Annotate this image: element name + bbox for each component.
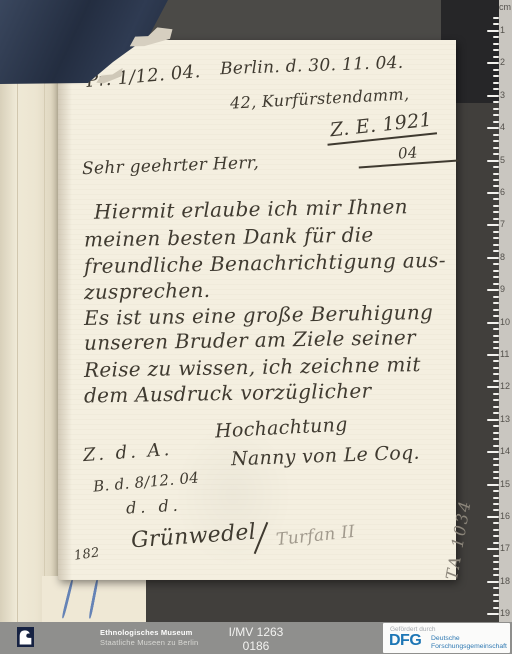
ruler-tick: [487, 289, 499, 291]
blue-pencil-mark: [88, 579, 99, 619]
file-note-initials: d. d.: [126, 496, 183, 518]
ruler-tick: [493, 101, 499, 103]
ruler-tick: [493, 166, 499, 168]
ruler-tick: [493, 173, 499, 175]
ruler-tick: [493, 529, 499, 531]
ruler-tick: [487, 322, 499, 324]
ruler-tick: [487, 30, 499, 32]
blue-pencil-mark: [61, 579, 74, 619]
body-line: zusprechen.: [84, 278, 211, 304]
ruler-tick: [493, 412, 499, 414]
date-line: Berlin. d. 30. 11. 04.: [220, 53, 404, 79]
dfg-logo: DFG: [389, 632, 421, 650]
ruler-tick: [487, 224, 499, 226]
ruler-tick: [493, 270, 499, 272]
ruler-tick: [493, 276, 499, 278]
ruler-tick: [493, 490, 499, 492]
letter-page: Pr. 1/12. 04. Berlin. d. 30. 11. 04. 42,…: [58, 40, 456, 580]
ruler-tick: [493, 121, 499, 123]
ruler-tick: [493, 607, 499, 609]
ruler-tick: [493, 283, 499, 285]
ruler-tick: [493, 250, 499, 252]
ruler-tick: [493, 380, 499, 382]
ruler-tick: [493, 114, 499, 116]
ruler-number: 5: [500, 154, 511, 166]
ruler-tick: [487, 354, 499, 356]
ruler-number: 9: [500, 283, 511, 295]
ruler-tick: [493, 406, 499, 408]
ruler-tick: [493, 335, 499, 337]
body-line: Reise zu wissen, ich zeichne mit: [84, 352, 421, 382]
ruler-tick: [487, 257, 499, 259]
ruler-tick: [493, 179, 499, 181]
ruler-tick: [493, 82, 499, 84]
ruler-tick: [493, 555, 499, 557]
ruler-tick: [493, 432, 499, 434]
ruler-tick: [493, 438, 499, 440]
ruler-tick: [493, 56, 499, 58]
ruler-tick: [493, 17, 499, 19]
gutter-shadow: [58, 40, 72, 580]
ruler-tick: [493, 88, 499, 90]
ruler-tick: [493, 445, 499, 447]
address-line: 42, Kurfürstendamm,: [230, 84, 410, 112]
registry-year: 04: [357, 141, 458, 169]
ruler-tick: [493, 315, 499, 317]
ruler-number: 2: [500, 56, 511, 68]
ruler-tick: [487, 451, 499, 453]
ruler-number: 10: [500, 316, 511, 328]
ruler-tick: [493, 309, 499, 311]
ruler-number: 12: [500, 380, 511, 392]
registry-number: Z. E. 1921: [325, 108, 437, 145]
ruler-number: 4: [500, 121, 511, 133]
ruler-tick: [493, 205, 499, 207]
ruler: cm 12345678910111213141516171819: [486, 0, 512, 622]
ruler-tick: [487, 516, 499, 518]
ruler-tick: [487, 62, 499, 64]
ruler-tick: [487, 192, 499, 194]
ruler-tick: [487, 95, 499, 97]
page-number: 182: [73, 545, 101, 563]
salutation: Sehr geehrter Herr,: [82, 153, 260, 179]
ruler-number: 13: [500, 413, 511, 425]
ruler-number: 6: [500, 186, 511, 198]
ruler-tick: [493, 458, 499, 460]
ruler-tick: [493, 328, 499, 330]
ruler-tick: [493, 503, 499, 505]
ruler-tick: [493, 231, 499, 233]
ruler-tick: [487, 419, 499, 421]
ruler-tick: [493, 464, 499, 466]
ruler-tick: [493, 367, 499, 369]
ruler-number: 16: [500, 510, 511, 522]
ruler-tick: [493, 296, 499, 298]
ruler-tick: [493, 302, 499, 304]
page-crease: [17, 76, 18, 622]
ruler-tick: [487, 386, 499, 388]
funder-name-line2: Forschungsgemeinschaft: [431, 643, 507, 651]
ruler-number: 11: [500, 348, 511, 360]
ruler-tick: [493, 218, 499, 220]
footer-bar: Ethnologisches Museum Staatliche Museen …: [0, 622, 512, 654]
pencil-side-note: TA 1034: [442, 498, 475, 581]
ruler-tick: [487, 484, 499, 486]
ruler-tick: [487, 581, 499, 583]
ruler-tick: [493, 108, 499, 110]
ruler-tick: [493, 393, 499, 395]
ruler-tick: [493, 244, 499, 246]
ruler-number: 3: [500, 89, 511, 101]
ruler-unit-label: cm: [499, 2, 511, 12]
ruler-tick: [493, 425, 499, 427]
ruler-tick: [487, 127, 499, 129]
ruler-tick: [493, 69, 499, 71]
ruler-tick: [493, 153, 499, 155]
ruler-number: 14: [500, 445, 511, 457]
ruler-tick: [487, 613, 499, 615]
page-crease: [44, 76, 45, 622]
funder-box: Gefördert durch DFG Deutsche Forschungsg…: [383, 623, 510, 653]
ruler-tick: [493, 477, 499, 479]
ruler-number: 17: [500, 542, 511, 554]
ruler-tick: [493, 587, 499, 589]
ruler-tick: [493, 594, 499, 596]
body-line: meinen besten Dank für die: [84, 222, 374, 251]
ruler-tick: [493, 134, 499, 136]
ruler-tick: [493, 568, 499, 570]
underlying-page: [42, 576, 146, 622]
ruler-tick: [493, 497, 499, 499]
ruler-number: 19: [500, 607, 511, 619]
ruler-tick: [493, 600, 499, 602]
ruler-number: 8: [500, 251, 511, 263]
ruler-tick: [493, 574, 499, 576]
book-fore-edge: [0, 76, 62, 622]
funder-name: Deutsche Forschungsgemeinschaft: [431, 635, 507, 650]
body-line: freundliche Benachrichtigung aus-: [84, 248, 446, 278]
ruler-tick: [487, 548, 499, 550]
ruler-tick: [493, 471, 499, 473]
funder-name-line1: Deutsche: [431, 635, 507, 643]
ruler-number: 15: [500, 478, 511, 490]
ruler-tick: [493, 542, 499, 544]
body-line: unseren Bruder am Ziele seiner: [84, 325, 416, 355]
ruler-tick: [493, 43, 499, 45]
body-line: Hiermit erlaube ich mir Ihnen: [94, 194, 408, 223]
ruler-tick: [493, 341, 499, 343]
ruler-number: 7: [500, 218, 511, 230]
ruler-tick: [493, 147, 499, 149]
ruler-tick: [487, 160, 499, 162]
ruler-number: 1: [500, 24, 511, 36]
ruler-tick: [493, 263, 499, 265]
body-line: dem Ausdruck vorzüglicher: [84, 378, 372, 407]
scan-viewer: Pr. 1/12. 04. Berlin. d. 30. 11. 04. 42,…: [0, 0, 512, 654]
ruler-number: 18: [500, 575, 511, 587]
ruler-tick: [493, 140, 499, 142]
